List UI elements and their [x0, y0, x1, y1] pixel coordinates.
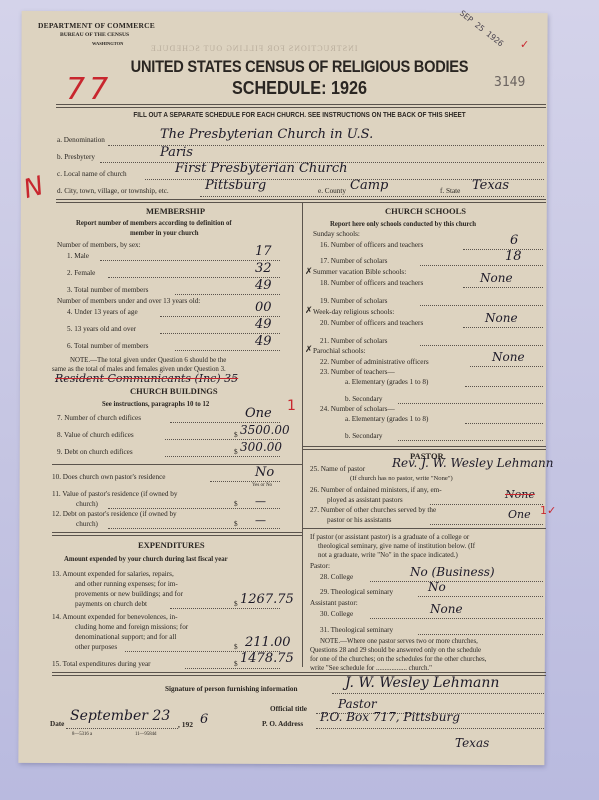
expenditures-heading: EXPENDITURES	[138, 540, 205, 550]
dotted-line	[210, 481, 280, 482]
year-field[interactable]: 6	[200, 712, 208, 727]
q13-label: 13. Amount expended for salaries, repair…	[52, 570, 174, 578]
q28-field[interactable]: No (Business)	[410, 565, 495, 579]
presbytery-field[interactable]: Paris	[160, 145, 193, 160]
residence-value-label-2: church)	[76, 500, 98, 508]
total-members-field[interactable]: 49	[255, 278, 272, 293]
male-label: 1. Male	[67, 252, 89, 260]
dotted-line	[100, 260, 280, 261]
dollar-sign: $	[234, 643, 238, 651]
q24b-label: b. Secondary	[345, 432, 383, 440]
official-title-label: Official title	[270, 705, 307, 713]
graduate-note-3: not a graduate, write "No" in the space …	[318, 551, 458, 559]
expenditures-subheading: Amount expended by your church during la…	[64, 556, 228, 563]
q22-field[interactable]: None	[492, 350, 525, 364]
dotted-line	[108, 528, 280, 529]
pastor-note-2: Questions 28 and 29 should be answered o…	[310, 647, 481, 654]
q13-label-4: payments on church debt	[75, 600, 147, 608]
red-edit-mark: 1	[287, 398, 296, 414]
dotted-line	[463, 249, 543, 250]
q29-label: 29. Theological seminary	[320, 588, 393, 596]
pastor-name-field[interactable]: Rev. J. W. Wesley Lehmann	[392, 456, 553, 470]
q23-label: 23. Number of teachers—	[320, 368, 395, 376]
po-address-field[interactable]: P.O. Box 717, Pittsburg	[320, 710, 460, 724]
section-divider	[302, 446, 546, 450]
signature-label: Signature of person furnishing informati…	[165, 685, 297, 693]
q14-label-3: denominational support; and for all	[75, 633, 176, 641]
pastor-name-hint: (If church has no pastor, write "None")	[350, 475, 453, 482]
q13-label-3: provements or new buildings; and for	[75, 590, 183, 598]
q16-field[interactable]: 6	[510, 233, 518, 248]
q30-label: 30. College	[320, 610, 353, 618]
church-buildings-heading: CHURCH BUILDINGS	[130, 386, 218, 396]
total-members-label: 3. Total number of members	[67, 286, 148, 294]
x-mark-icon: ✗	[305, 344, 313, 355]
assistant-pastor-subheading: Assistant pastor:	[310, 599, 358, 607]
dollar-sign: $	[234, 660, 238, 668]
graduate-note: If pastor (or assistant pastor) is a gra…	[310, 533, 469, 541]
dotted-line	[398, 440, 543, 441]
column-divider	[302, 202, 303, 667]
form-code-2: 11—9584d	[135, 732, 156, 737]
residence-value-label: 11. Value of pastor's residence (if owne…	[52, 490, 177, 498]
dotted-line	[418, 596, 543, 597]
q23b-label: b. Secondary	[345, 395, 383, 403]
graduate-note-2: theological seminary, give name of insti…	[318, 542, 475, 550]
x-mark-icon: ✗	[305, 266, 313, 277]
dotted-line	[430, 524, 543, 525]
membership-subheading: Report number of members according to de…	[76, 220, 232, 227]
q13-label-2: and other running expenses; for im-	[75, 580, 178, 588]
q27-field[interactable]: One	[508, 508, 531, 521]
summer-schools-label: Summer vacation Bible schools:	[313, 268, 406, 276]
dotted-line	[66, 728, 178, 729]
dotted-line	[465, 386, 543, 387]
q27-label-2: pastor or his assistants	[327, 516, 391, 524]
total-members-6-label: 6. Total number of members	[67, 342, 148, 350]
department-label: DEPARTMENT OF COMMERCE	[38, 21, 155, 30]
q16-label: 16. Number of officers and teachers	[320, 241, 423, 249]
dotted-line	[418, 634, 543, 635]
struck-out-entry: Resident Communicants (Inc) 35	[55, 372, 238, 385]
dotted-line	[332, 693, 544, 694]
membership-subheading-2: member in your church	[130, 230, 199, 237]
dollar-sign: $	[234, 520, 238, 528]
state-label: f. State	[440, 187, 460, 195]
presbytery-label: b. Presbytery	[57, 153, 95, 161]
dotted-line	[370, 581, 543, 582]
divider	[302, 528, 546, 529]
q14-amount-field[interactable]: 211.00	[245, 635, 291, 650]
section-divider	[52, 672, 302, 676]
q20-field[interactable]: None	[485, 311, 518, 325]
po-address-label: P. O. Address	[262, 720, 303, 728]
weekday-schools-label: Week-day religious schools:	[313, 308, 394, 316]
edifices-count-label: 7. Number of church edifices	[57, 414, 141, 422]
under-13-field[interactable]: 00	[255, 300, 272, 315]
female-count-field[interactable]: 32	[255, 261, 272, 276]
dotted-line	[470, 366, 543, 367]
male-count-field[interactable]: 17	[255, 244, 272, 259]
church-schools-subheading: Report here only schools conducted by th…	[330, 221, 476, 228]
pastor-subheading: Pastor:	[310, 562, 330, 570]
over-13-label: 5. 13 years old and over	[67, 325, 136, 333]
q17-field[interactable]: 18	[505, 249, 522, 264]
q22-label: 22. Number of administrative officers	[320, 358, 429, 366]
total-members-6-field[interactable]: 49	[255, 334, 272, 349]
q14-label-2: cluding home and foreign missions; for	[75, 623, 188, 631]
owns-residence-field[interactable]: No	[255, 465, 274, 480]
date-label: Date	[50, 720, 64, 728]
city-label: d. City, town, village, or township, etc…	[57, 187, 169, 195]
pastor-note: NOTE.—Where one pastor serves two or mor…	[320, 638, 478, 645]
dotted-line	[108, 508, 280, 509]
dotted-line	[316, 728, 544, 729]
county-field[interactable]: Camp	[350, 178, 388, 193]
residence-debt-label: 12. Debt on pastor's residence (if owned…	[52, 510, 177, 518]
membership-heading: MEMBERSHIP	[146, 206, 205, 216]
residence-debt-field[interactable]: —	[255, 514, 266, 527]
edifices-debt-field[interactable]: 300.00	[240, 440, 282, 454]
dollar-sign: $	[234, 500, 238, 508]
q26-label: 26. Number of ordained ministers, if any…	[310, 486, 442, 494]
dollar-sign: $	[234, 600, 238, 608]
dotted-line	[175, 294, 280, 295]
church-schools-heading: CHURCH SCHOOLS	[385, 206, 466, 216]
dotted-line	[420, 305, 543, 306]
dotted-line	[463, 287, 543, 288]
q15-label: 15. Total expenditures during year	[52, 660, 151, 668]
q20-label: 20. Number of officers and teachers	[320, 319, 423, 327]
header-divider	[56, 104, 546, 108]
q15-total-field[interactable]: 1478.75	[240, 651, 294, 666]
owns-residence-label: 10. Does church own pastor's residence	[52, 473, 165, 481]
city-field[interactable]: Pittsburg	[205, 178, 266, 193]
q29-field[interactable]: No	[428, 580, 446, 594]
dotted-line	[175, 350, 280, 351]
dotted-line	[185, 668, 280, 669]
pastor-note-4: write "See schedule for ................…	[310, 665, 432, 672]
q21-label: 21. Number of scholars	[320, 337, 387, 345]
edifices-value-field[interactable]: 3500.00	[240, 423, 290, 437]
dotted-line	[430, 504, 543, 505]
residence-debt-label-2: church)	[76, 520, 98, 528]
date-field[interactable]: September 23	[70, 708, 170, 724]
members-by-sex-label: Number of members, by sex:	[57, 241, 141, 249]
section-divider	[52, 532, 302, 536]
fill-out-instruction: FILL OUT A SEPARATE SCHEDULE FOR EACH CH…	[42, 110, 557, 119]
red-check-mark: ✓	[520, 38, 529, 51]
dollar-sign: $	[234, 431, 238, 439]
pastor-note-3: for one of the churches; on the schedule…	[310, 656, 486, 663]
dotted-line	[370, 618, 543, 619]
q14-label: 14. Amount expended for benevolences, in…	[52, 613, 178, 621]
dotted-line	[465, 423, 543, 424]
female-label: 2. Female	[67, 269, 95, 277]
bureau-label: BUREAU OF THE CENSUS	[60, 32, 129, 38]
residence-value-field[interactable]: —	[255, 495, 266, 508]
po-address-field-line-2[interactable]: Texas	[455, 736, 489, 750]
x-mark-icon: ✗	[305, 305, 313, 316]
form-title: UNITED STATES CENSUS OF RELIGIOUS BODIES	[42, 57, 557, 77]
q26-field[interactable]: None	[505, 488, 535, 501]
q19-label: 19. Number of scholars	[320, 297, 387, 305]
yes-no-hint: Yes or No	[252, 483, 272, 488]
q24a-label: a. Elementary (grades 1 to 8)	[345, 415, 428, 423]
form-subtitle: SCHEDULE: 1926	[30, 78, 569, 99]
age-breakdown-label: Number of members under and over 13 year…	[57, 297, 200, 305]
bleed-through-text: INSTRUCTIONS FOR FILLING OUT SCHEDULE	[150, 44, 358, 53]
sunday-schools-label: Sunday schools:	[313, 230, 360, 238]
q23a-label: a. Elementary (grades 1 to 8)	[345, 378, 428, 386]
q18-field[interactable]: None	[480, 271, 513, 285]
city-label: WASHINGTON	[92, 41, 123, 46]
edifices-count-field[interactable]: One	[245, 406, 272, 421]
dotted-line	[200, 196, 544, 197]
q17-label: 17. Number of scholars	[320, 257, 387, 265]
q18-label: 18. Number of officers and teachers	[320, 279, 423, 287]
over-13-field[interactable]: 49	[255, 317, 272, 332]
signature-field[interactable]: J. W. Wesley Lehmann	[345, 675, 499, 691]
q24-label: 24. Number of scholars—	[320, 405, 395, 413]
under-13-label: 4. Under 13 years of age	[67, 308, 138, 316]
parochial-schools-label: Parochial schools:	[313, 347, 366, 355]
dollar-sign: $	[234, 448, 238, 456]
local-name-label: c. Local name of church	[57, 170, 127, 178]
q14-label-4: other purposes	[75, 643, 117, 651]
q31-label: 31. Theological seminary	[320, 626, 393, 634]
local-name-field[interactable]: First Presbyterian Church	[175, 161, 348, 176]
q27-label: 27. Number of other churches served by t…	[310, 506, 436, 514]
dotted-line	[165, 456, 280, 457]
dotted-line	[463, 327, 543, 328]
year-prefix: , 192	[178, 720, 193, 729]
dotted-line	[420, 345, 543, 346]
denomination-label: a. Denomination	[57, 136, 105, 144]
dotted-line	[170, 608, 280, 609]
edifices-debt-label: 9. Debt on church edifices	[57, 448, 133, 456]
church-buildings-subheading: See instructions, paragraphs 10 to 12	[102, 401, 209, 408]
county-label: e. County	[318, 187, 346, 195]
q26-label-2: ployed as assistant pastors	[327, 496, 403, 504]
official-title-field[interactable]: Pastor	[338, 697, 377, 711]
dotted-line	[420, 265, 543, 266]
section-divider	[56, 199, 546, 203]
red-check-mark: 1✓	[540, 504, 556, 517]
form-code: 8—5316 a	[72, 732, 92, 737]
edifices-value-label: 8. Value of church edifices	[57, 431, 134, 439]
pastor-name-label: 25. Name of pastor	[310, 465, 365, 473]
q30-field[interactable]: None	[430, 602, 463, 616]
dotted-line	[398, 403, 543, 404]
state-field[interactable]: Texas	[472, 178, 509, 193]
q28-label: 28. College	[320, 573, 353, 581]
denomination-field[interactable]: The Presbyterian Church in U.S.	[160, 127, 373, 142]
membership-note: NOTE.—The total given under Question 6 s…	[70, 357, 226, 364]
q13-amount-field[interactable]: 1267.75	[240, 592, 294, 607]
